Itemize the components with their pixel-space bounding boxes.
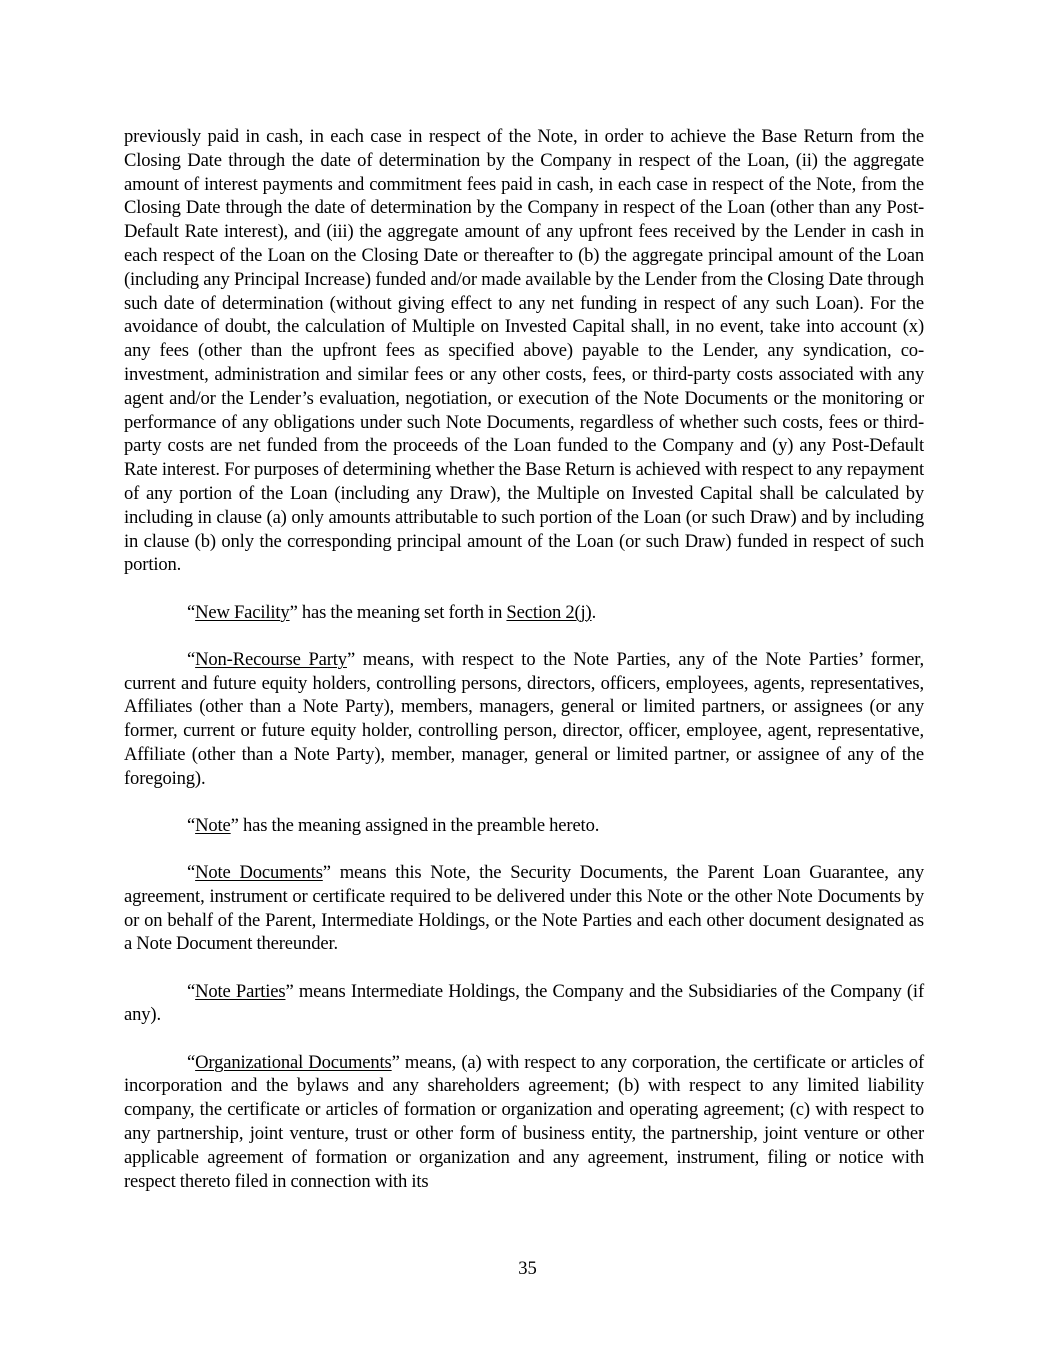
close-quote: ” bbox=[347, 649, 355, 670]
defined-term: Note bbox=[195, 815, 231, 836]
open-quote: “ bbox=[187, 649, 195, 670]
definition-note-parties: “Note Parties” means Intermediate Holdin… bbox=[124, 980, 924, 1028]
defined-term: Note Documents bbox=[195, 862, 323, 883]
defined-term: Note Parties bbox=[195, 981, 285, 1002]
open-quote: “ bbox=[187, 815, 195, 836]
definition-text: has the meaning assigned in the preamble… bbox=[239, 815, 599, 836]
section-reference-link[interactable]: Section 2(j) bbox=[506, 602, 591, 623]
document-page: previously paid in cash, in each case in… bbox=[124, 125, 924, 1217]
defined-term: New Facility bbox=[195, 602, 289, 623]
definition-note: “Note” has the meaning assigned in the p… bbox=[124, 814, 924, 838]
open-quote: “ bbox=[187, 981, 195, 1002]
open-quote: “ bbox=[187, 862, 195, 883]
definition-new-facility: “New Facility” has the meaning set forth… bbox=[124, 601, 924, 625]
open-quote: “ bbox=[187, 602, 195, 623]
definition-non-recourse-party: “Non-Recourse Party” means, with respect… bbox=[124, 648, 924, 791]
close-quote: ” bbox=[290, 602, 298, 623]
paragraph-moic-continuation: previously paid in cash, in each case in… bbox=[124, 125, 924, 577]
close-quote: ” bbox=[323, 862, 331, 883]
defined-term: Non-Recourse Party bbox=[195, 649, 347, 670]
open-quote: “ bbox=[187, 1052, 195, 1073]
page-number: 35 bbox=[0, 1257, 1055, 1281]
close-quote: ” bbox=[285, 981, 293, 1002]
definition-note-documents: “Note Documents” means this Note, the Se… bbox=[124, 861, 924, 956]
close-quote: ” bbox=[231, 815, 239, 836]
definition-organizational-documents: “Organizational Documents” means, (a) wi… bbox=[124, 1051, 924, 1194]
defined-term: Organizational Documents bbox=[195, 1052, 392, 1073]
definition-text: has the meaning set forth in bbox=[298, 602, 507, 623]
definition-text-end: . bbox=[592, 602, 597, 623]
close-quote: ” bbox=[392, 1052, 400, 1073]
